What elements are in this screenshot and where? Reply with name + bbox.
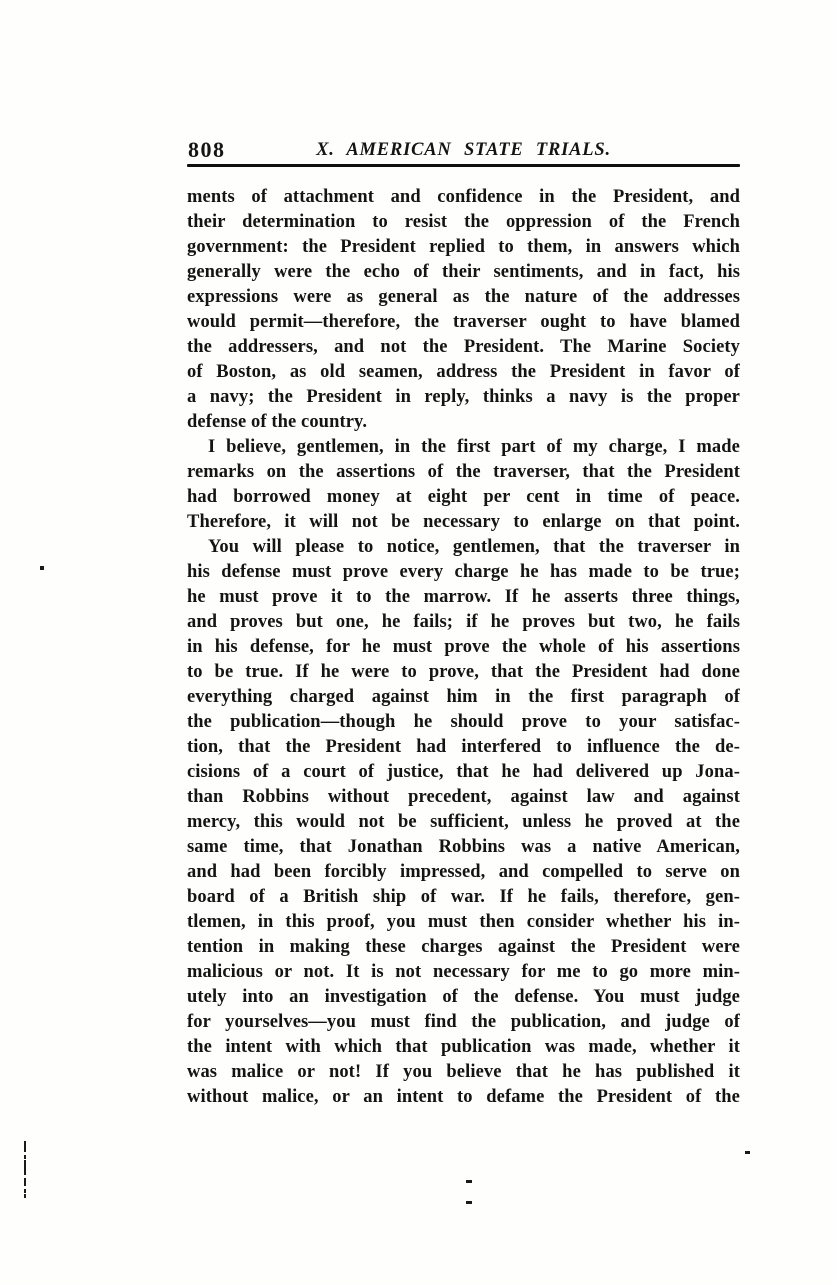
paragraph: You will please to notice, gentlemen, th…: [187, 535, 740, 1110]
text-line: to be true. If he were to prove, that th…: [187, 660, 740, 685]
text-line: utely into an investigation of the defen…: [187, 985, 740, 1010]
text-line: for yourselves—you must find the publica…: [187, 1010, 740, 1035]
text-line: same time, that Jonathan Robbins was a n…: [187, 835, 740, 860]
text-line: the publication—though he should prove t…: [187, 710, 740, 735]
scan-artifact: [24, 1178, 26, 1186]
text-line: was malice or not! If you believe that h…: [187, 1060, 740, 1085]
text-line: You will please to notice, gentlemen, th…: [187, 535, 740, 560]
text-line: board of a British ship of war. If he fa…: [187, 885, 740, 910]
text-line: remarks on the assertions of the travers…: [187, 460, 740, 485]
text-line: his defense must prove every charge he h…: [187, 560, 740, 585]
text-line: their determination to resist the oppres…: [187, 210, 740, 235]
text-line: government: the President replied to the…: [187, 235, 740, 260]
text-line: cisions of a court of justice, that he h…: [187, 760, 740, 785]
paragraph: I believe, gentlemen, in the first part …: [187, 435, 740, 535]
text-line: had borrowed money at eight per cent in …: [187, 485, 740, 510]
text-line: defense of the country.: [187, 410, 740, 435]
scan-artifact: [466, 1180, 472, 1183]
scan-artifact: [24, 1155, 26, 1159]
running-title: X. AMERICAN STATE TRIALS.: [316, 140, 611, 161]
text-line: expressions were as general as the natur…: [187, 285, 740, 310]
text-line: I believe, gentlemen, in the first part …: [187, 435, 740, 460]
text-line: generally were the echo of their sentime…: [187, 260, 740, 285]
scanned-book-page: 808 X. AMERICAN STATE TRIALS. ments of a…: [0, 0, 836, 1284]
text-line: ments of attachment and confidence in th…: [187, 185, 740, 210]
scan-artifact: [24, 1141, 26, 1152]
scan-artifact: [24, 1194, 26, 1198]
text-line: without malice, or an intent to defame t…: [187, 1085, 740, 1110]
text-line: tention in making these charges against …: [187, 935, 740, 960]
text-line: than Robbins without precedent, against …: [187, 785, 740, 810]
text-line: the intent with which that publication w…: [187, 1035, 740, 1060]
scan-artifact: [745, 1151, 750, 1154]
header-rule: [187, 164, 740, 167]
page-number: 808: [188, 137, 226, 163]
scan-artifact: [24, 1189, 26, 1193]
text-line: malicious or not. It is not necessary fo…: [187, 960, 740, 985]
text-line: tion, that the President had interfered …: [187, 735, 740, 760]
text-line: the addressers, and not the President. T…: [187, 335, 740, 360]
text-line: he must prove it to the marrow. If he as…: [187, 585, 740, 610]
text-line: and proves but one, he fails; if he prov…: [187, 610, 740, 635]
text-line: of Boston, as old seamen, address the Pr…: [187, 360, 740, 385]
text-line: would permit—therefore, the traverser ou…: [187, 310, 740, 335]
text-line: tlemen, in this proof, you must then con…: [187, 910, 740, 935]
text-line: mercy, this would not be sufficient, unl…: [187, 810, 740, 835]
scan-artifact: [40, 566, 44, 570]
body-text: ments of attachment and confidence in th…: [187, 185, 740, 1110]
text-line: and had been forcibly impressed, and com…: [187, 860, 740, 885]
page-header: 808 X. AMERICAN STATE TRIALS.: [187, 137, 740, 164]
scan-artifact: [24, 1160, 26, 1175]
text-line: in his defense, for he must prove the wh…: [187, 635, 740, 660]
paragraph: ments of attachment and confidence in th…: [187, 185, 740, 435]
text-line: everything charged against him in the fi…: [187, 685, 740, 710]
text-block: 808 X. AMERICAN STATE TRIALS. ments of a…: [187, 137, 740, 1110]
scan-artifact: [466, 1201, 472, 1204]
text-line: Therefore, it will not be necessary to e…: [187, 510, 740, 535]
text-line: a navy; the President in reply, thinks a…: [187, 385, 740, 410]
